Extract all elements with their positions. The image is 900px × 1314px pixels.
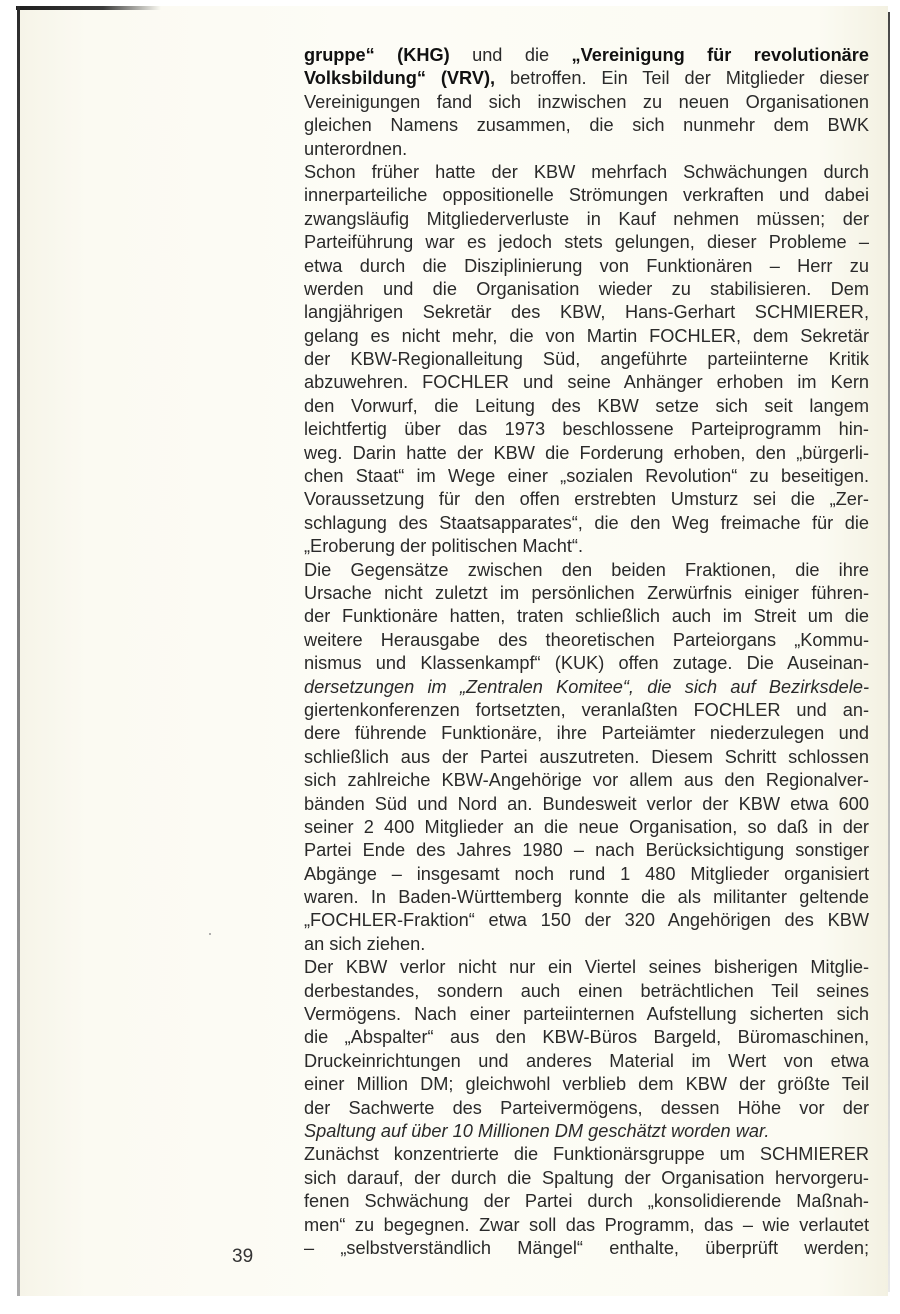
text-segment: waren. In Baden-Württemberg konnte die a… [304, 887, 869, 907]
text-segment: nismus und Klassenkampf“ (KUK) offen zut… [304, 653, 869, 673]
text-segment: abzuwehren. FOCHLER und seine Anhänger e… [304, 372, 869, 392]
text-segment: seiner 2 400 Mitglieder an die neue Orga… [304, 817, 869, 837]
text-segment: Vermögens. Nach einer parteiinternen Auf… [304, 1004, 869, 1024]
text-line: leichtfertig über das 1973 beschlossene … [304, 418, 869, 441]
text-line: gleichen Namens zusammen, die sich nunme… [304, 114, 869, 137]
text-segment: und die [450, 45, 572, 65]
text-line: Schon früher hatte der KBW mehrfach Schw… [304, 161, 869, 184]
text-line: zwangsläufig Mitgliederverluste in Kauf … [304, 208, 869, 231]
text-segment: Volksbildung“ (VRV), [304, 68, 495, 88]
text-line: den Vorwurf, die Leitung des KBW setze s… [304, 395, 869, 418]
text-line: Druckeinrichtungen und anderes Material … [304, 1050, 869, 1073]
page-left-edge-shadow [17, 6, 20, 1296]
text-segment: Schon früher hatte der KBW mehrfach Schw… [304, 162, 869, 182]
text-line: der Sachwerte des Parteivermögens, desse… [304, 1097, 869, 1120]
text-segment: Zunächst konzentrierte die Funktionärsgr… [304, 1144, 869, 1164]
text-segment: der KBW-Regionalleitung Süd, angeführte … [304, 349, 869, 369]
text-line: fenen Schwächung der Partei durch „konso… [304, 1190, 869, 1213]
text-segment: Ursache nicht zuletzt im persönlichen Ze… [304, 583, 869, 603]
text-segment: werden und die Organisation wieder zu st… [304, 279, 869, 299]
text-segment: schlagung des Staatsapparates“, die den … [304, 513, 869, 533]
text-line: einer Million DM; gleichwohl verblieb de… [304, 1073, 869, 1096]
text-segment: Der KBW verlor nicht nur ein Viertel sei… [304, 957, 869, 977]
text-line: derbestandes, sondern auch einen beträch… [304, 980, 869, 1003]
text-line: Vermögens. Nach einer parteiinternen Auf… [304, 1003, 869, 1026]
text-line: giertenkonferenzen fortsetzten, veranlaß… [304, 699, 869, 722]
text-line: sich darauf, der durch die Spaltung der … [304, 1167, 869, 1190]
text-line: nismus und Klassenkampf“ (KUK) offen zut… [304, 652, 869, 675]
text-segment: weg. Darin hatte der KBW die Forderung e… [304, 443, 869, 463]
text-segment: „FOCHLER-Fraktion“ etwa 150 der 320 Ange… [304, 910, 869, 930]
text-line: Volksbildung“ (VRV), betroffen. Ein Teil… [304, 67, 869, 90]
text-segment: derbestandes, sondern auch einen beträch… [304, 981, 869, 1001]
text-line: an sich ziehen. [304, 933, 869, 956]
text-line: weg. Darin hatte der KBW die Forderung e… [304, 442, 869, 465]
text-line: bänden Süd und Nord an. Bundesweit verlo… [304, 793, 869, 816]
text-segment: zwangsläufig Mitgliederverluste in Kauf … [304, 209, 869, 229]
page-top-edge-shadow [16, 6, 161, 10]
scan-speck [209, 933, 211, 935]
text-segment: der Funktionäre hatten, traten schließli… [304, 606, 869, 626]
text-segment: Spaltung auf über 10 Millionen DM geschä… [304, 1121, 769, 1141]
text-line: Die Gegensätze zwischen den beiden Frakt… [304, 559, 869, 582]
text-segment: Partei Ende des Jahres 1980 – nach Berüc… [304, 840, 869, 860]
text-segment: gruppe“ (KHG) [304, 45, 450, 65]
text-line: sich zahlreiche KBW-Angehörige vor allem… [304, 769, 869, 792]
text-segment: Parteiführung war es jedoch stets gelung… [304, 232, 869, 252]
text-segment: „Eroberung der politischen Macht“. [304, 536, 583, 556]
text-segment: der Sachwerte des Parteivermögens, desse… [304, 1098, 869, 1118]
text-line: langjährigen Sekretär des KBW, Hans-Gerh… [304, 301, 869, 324]
text-line: schlagung des Staatsapparates“, die den … [304, 512, 869, 535]
text-line: Partei Ende des Jahres 1980 – nach Berüc… [304, 839, 869, 862]
text-line: dere führende Funktionäre, ihre Parteiäm… [304, 722, 869, 745]
text-line: Zunächst konzentrierte die Funktionärsgr… [304, 1143, 869, 1166]
text-line: Abgänge – insgesamt noch rund 1 480 Mitg… [304, 863, 869, 886]
text-segment: Abgänge – insgesamt noch rund 1 480 Mitg… [304, 864, 869, 884]
text-line: der Funktionäre hatten, traten schließli… [304, 605, 869, 628]
text-line: Vereinigungen fand sich inzwischen zu ne… [304, 91, 869, 114]
text-segment: dersetzungen im „Zentralen Komitee“, die… [304, 677, 869, 697]
text-segment: giertenkonferenzen fortsetzten, veranlaß… [304, 700, 869, 720]
text-segment: chen Staat“ im Wege einer „sozialen Revo… [304, 466, 869, 486]
text-line: der KBW-Regionalleitung Süd, angeführte … [304, 348, 869, 371]
text-line: etwa durch die Disziplinierung von Funkt… [304, 255, 869, 278]
text-line: seiner 2 400 Mitglieder an die neue Orga… [304, 816, 869, 839]
text-line: die „Abspalter“ aus den KBW-Büros Bargel… [304, 1026, 869, 1049]
text-line: – „selbstverständlich Mängel“ enthalte, … [304, 1237, 869, 1260]
text-segment: etwa durch die Disziplinierung von Funkt… [304, 256, 869, 276]
text-segment: dere führende Funktionäre, ihre Parteiäm… [304, 723, 869, 743]
text-line: innerparteiliche oppositionelle Strömung… [304, 184, 869, 207]
text-segment: innerparteiliche oppositionelle Strömung… [304, 185, 869, 205]
text-segment: sich darauf, der durch die Spaltung der … [304, 1168, 869, 1188]
text-line: abzuwehren. FOCHLER und seine Anhänger e… [304, 371, 869, 394]
text-line: Voraussetzung für den offen erstrebten U… [304, 488, 869, 511]
text-segment: Voraussetzung für den offen erstrebten U… [304, 489, 869, 509]
text-line: dersetzungen im „Zentralen Komitee“, die… [304, 676, 869, 699]
text-line: gelang es nicht mehr, die von Martin FOC… [304, 325, 869, 348]
text-line: weitere Herausgabe des theoretischen Par… [304, 629, 869, 652]
text-line: werden und die Organisation wieder zu st… [304, 278, 869, 301]
text-segment: die „Abspalter“ aus den KBW-Büros Bargel… [304, 1027, 869, 1047]
text-segment: gleichen Namens zusammen, die sich nunme… [304, 115, 869, 135]
text-segment: schließlich aus der Partei auszutreten. … [304, 747, 869, 767]
text-segment: Vereinigungen fand sich inzwischen zu ne… [304, 92, 869, 112]
text-line: gruppe“ (KHG) und die „Vereinigung für r… [304, 44, 869, 67]
text-segment: gelang es nicht mehr, die von Martin FOC… [304, 326, 869, 346]
text-segment: „Vereinigung für revolutionäre [572, 45, 869, 65]
text-segment: langjährigen Sekretär des KBW, Hans-Gerh… [304, 302, 869, 322]
body-text-column: gruppe“ (KHG) und die „Vereinigung für r… [304, 44, 869, 1260]
text-segment: sich zahlreiche KBW-Angehörige vor allem… [304, 770, 869, 790]
text-line: men“ zu begegnen. Zwar soll das Programm… [304, 1214, 869, 1237]
text-segment: weitere Herausgabe des theoretischen Par… [304, 630, 869, 650]
text-line: waren. In Baden-Württemberg konnte die a… [304, 886, 869, 909]
text-segment: an sich ziehen. [304, 934, 425, 954]
text-segment: betroffen. Ein Teil der Mitglieder diese… [495, 68, 869, 88]
text-line: Spaltung auf über 10 Millionen DM geschä… [304, 1120, 869, 1143]
text-line: chen Staat“ im Wege einer „sozialen Revo… [304, 465, 869, 488]
text-line: „FOCHLER-Fraktion“ etwa 150 der 320 Ange… [304, 909, 869, 932]
text-segment: Die Gegensätze zwischen den beiden Frakt… [304, 560, 869, 580]
text-line: Der KBW verlor nicht nur ein Viertel sei… [304, 956, 869, 979]
text-segment: einer Million DM; gleichwohl verblieb de… [304, 1074, 869, 1094]
page-right-edge-shadow [888, 12, 890, 1292]
text-segment: men“ zu begegnen. Zwar soll das Programm… [304, 1215, 869, 1235]
text-segment: bänden Süd und Nord an. Bundesweit verlo… [304, 794, 869, 814]
text-line: Ursache nicht zuletzt im persönlichen Ze… [304, 582, 869, 605]
text-line: unterordnen. [304, 138, 869, 161]
text-segment: Druckeinrichtungen und anderes Material … [304, 1051, 869, 1071]
text-line: Parteiführung war es jedoch stets gelung… [304, 231, 869, 254]
page-number: 39 [232, 1246, 253, 1268]
text-line: schließlich aus der Partei auszutreten. … [304, 746, 869, 769]
text-segment: den Vorwurf, die Leitung des KBW setze s… [304, 396, 869, 416]
text-segment: unterordnen. [304, 139, 407, 159]
text-segment: – „selbstverständlich Mängel“ enthalte, … [304, 1238, 869, 1258]
text-line: „Eroberung der politischen Macht“. [304, 535, 869, 558]
text-segment: leichtfertig über das 1973 beschlossene … [304, 419, 869, 439]
text-segment: fenen Schwächung der Partei durch „konso… [304, 1191, 869, 1211]
